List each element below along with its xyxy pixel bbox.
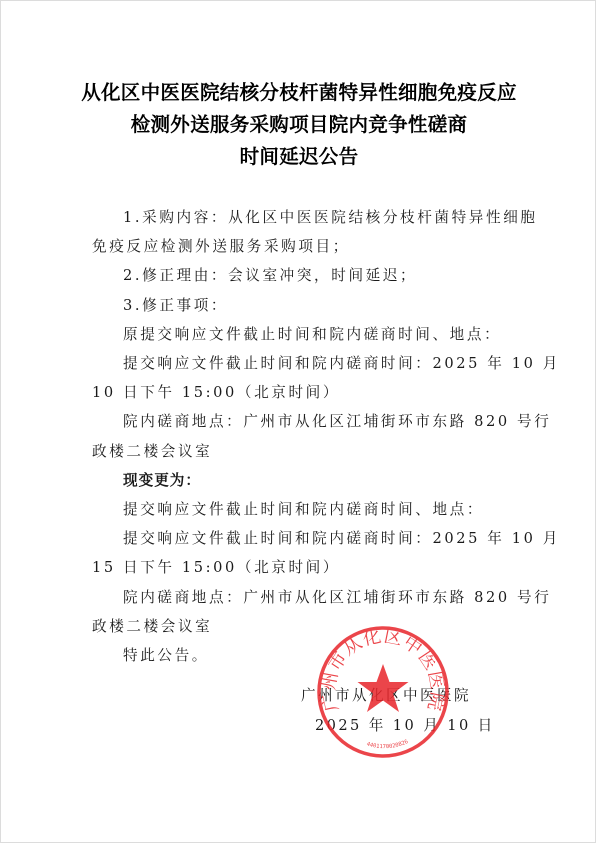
document-page: 从化区中医医院结核分枝杆菌特异性细胞免疫反应 检测外送服务采购项目院内竞争性磋商… <box>0 0 596 843</box>
paragraph-correction-reason: 2.修正理由：会议室冲突，时间延迟； <box>92 261 512 290</box>
title-line-2: 检测外送服务采购项目院内竞争性磋商 <box>1 109 596 141</box>
signature-block: 广州市从化区中医医院 2025 年 10 月 10 日 <box>291 681 491 741</box>
paragraph-original-location-cont: 政楼二楼会议室 <box>92 437 512 466</box>
paragraph-correction-items: 3.修正事项： <box>92 291 512 320</box>
paragraph-new-location: 院内磋商地点：广州市从化区江埔街环市东路 820 号行 <box>92 583 512 612</box>
document-title: 从化区中医医院结核分枝杆菌特异性细胞免疫反应 检测外送服务采购项目院内竞争性磋商… <box>1 77 596 173</box>
paragraph-new-heading: 提交响应文件截止时间和院内磋商时间、地点： <box>92 495 512 524</box>
paragraph-original-heading: 原提交响应文件截止时间和院内磋商时间、地点： <box>92 320 512 349</box>
paragraph-new-location-cont: 政楼二楼会议室 <box>92 612 512 641</box>
paragraph-changed-to-heading: 现变更为： <box>92 466 512 495</box>
title-line-1: 从化区中医医院结核分枝杆菌特异性细胞免疫反应 <box>1 77 596 109</box>
paragraph-original-time: 提交响应文件截止时间和院内磋商时间：2025 年 10 月 <box>92 349 512 378</box>
title-line-3: 时间延迟公告 <box>1 141 596 173</box>
signature-organization: 广州市从化区中医医院 <box>291 681 491 711</box>
paragraph-procurement-content-cont: 免疫反应检测外送服务采购项目； <box>92 232 512 261</box>
paragraph-original-time-cont: 10 日下午 15:00（北京时间） <box>92 378 512 407</box>
paragraph-original-location: 院内磋商地点：广州市从化区江埔街环市东路 820 号行 <box>92 407 512 436</box>
paragraph-closing: 特此公告。 <box>92 641 512 670</box>
paragraph-new-time-cont: 15 日下午 15:00（北京时间） <box>92 553 512 582</box>
document-body: 1.采购内容：从化区中医医院结核分枝杆菌特异性细胞 免疫反应检测外送服务采购项目… <box>92 203 512 670</box>
paragraph-new-time: 提交响应文件截止时间和院内磋商时间：2025 年 10 月 <box>92 524 512 553</box>
signature-date: 2025 年 10 月 10 日 <box>291 711 491 741</box>
paragraph-procurement-content: 1.采购内容：从化区中医医院结核分枝杆菌特异性细胞 <box>92 203 512 232</box>
